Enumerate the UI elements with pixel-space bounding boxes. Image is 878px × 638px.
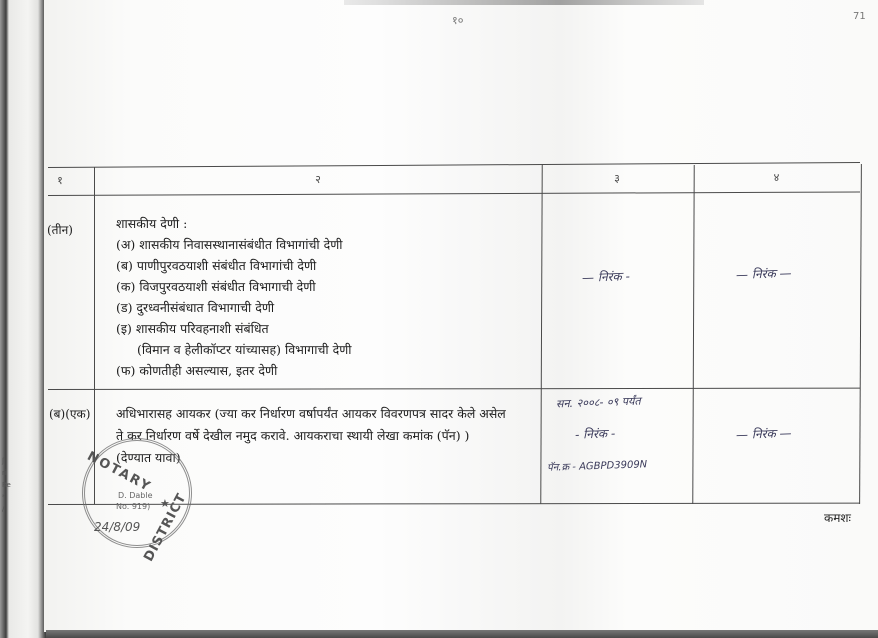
column-header-3: ३	[541, 171, 693, 186]
description-line: अधिभारासह आयकर (ज्या कर निर्धारण वर्षापर…	[116, 403, 506, 425]
stamp-name: D. Dable	[118, 491, 153, 500]
description-item: (क) विजपुरवठयाशी संबंधीत विभागाची देणी	[116, 276, 352, 297]
handwritten-year-note: सन. २००८- ०९ पर्यंत	[556, 394, 641, 412]
stamp-handwritten-date: 24/8/09	[94, 520, 140, 534]
star-icon: ★	[160, 497, 170, 510]
description-item: (फ) कोणतीही असल्यास, इतर देणी	[116, 360, 352, 381]
scan-bottom-edge	[46, 630, 878, 638]
description-item: (ड) दुरध्वनीसंबंधात विभागाची देणी	[116, 297, 352, 318]
description-heading: शासकीय देणी :	[116, 213, 352, 234]
description-item: (विमान व हेलीकॉप्टर यांच्यासह) विभागाची …	[116, 339, 352, 360]
page-number-corner: 71	[853, 11, 866, 22]
column-header-1: १	[50, 173, 70, 188]
description-item: (इ) शासकीय परिवहनाशी संबंधित	[116, 318, 352, 339]
book-binding	[0, 0, 46, 638]
page-number: १०	[452, 13, 463, 28]
column-header-4: ४	[693, 170, 860, 185]
handwritten-nil-col4: — निरंक —	[736, 264, 792, 283]
margin-stamp-fragment: ʃriRe*/	[2, 455, 16, 515]
row-serial: (ब)(एक)	[49, 405, 90, 422]
description-item: (अ) शासकीय निवासस्थानासंबंधीत विभागांची …	[116, 234, 352, 255]
handwritten-nil-col3: - निरंक -	[575, 424, 616, 442]
description-item: (ब) पाणीपुरवठयाशी संबंधीत विभागांची देणी	[116, 255, 352, 276]
handwritten-nil-col4: — निरंक —	[736, 424, 792, 443]
stamp-registration: No. 919)	[116, 502, 150, 511]
row-description: शासकीय देणी : (अ) शासकीय निवासस्थानासंबं…	[116, 213, 352, 381]
handwritten-nil-col3: — निरंक -	[582, 267, 630, 286]
continued-label: कमशः	[824, 509, 851, 526]
description-line: ते कर निर्धारण वर्षे देखील नमुद करावे. आ…	[116, 425, 506, 447]
scan-shadow	[344, 0, 704, 5]
column-header-2: २	[95, 172, 541, 187]
row-serial: (तीन)	[47, 221, 73, 238]
